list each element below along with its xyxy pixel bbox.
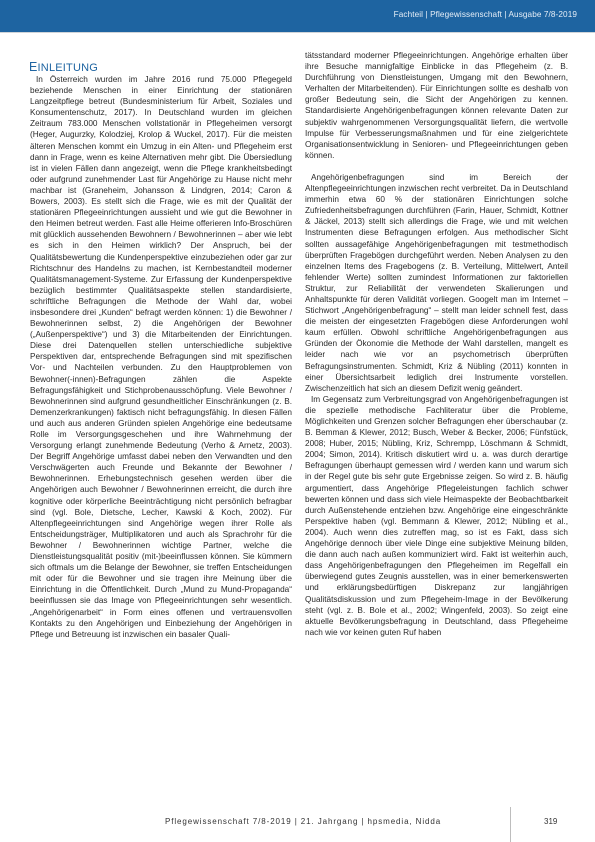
paragraph: Im Gegensatz zum Verbreitungsgrad von An… [305, 394, 568, 638]
page-number: 319 [544, 817, 557, 826]
header-bar: Fachteil | Pflegewissenschaft | Ausgabe … [0, 0, 595, 33]
running-title: Fachteil | Pflegewissenschaft | Ausgabe … [394, 10, 577, 19]
section-heading-rest: INLEITUNG [38, 62, 98, 74]
section-heading-initial: E [29, 60, 38, 74]
paragraph: In Österreich wurden im Jahre 2016 rund … [30, 74, 292, 640]
right-column: tätsstandard moderner Pflegeeinrichtunge… [305, 50, 568, 638]
section-heading: EINLEITUNG [29, 60, 98, 74]
footer-citation: Pflegewissenschaft 7/8-2019 | 21. Jahrga… [165, 817, 441, 826]
left-column: In Österreich wurden im Jahre 2016 rund … [30, 74, 292, 640]
footer-divider [510, 807, 511, 842]
paragraph: Angehörigenbefragungen sind im Bereich d… [305, 172, 568, 394]
paragraph: tätsstandard moderner Pflegeeinrichtunge… [305, 50, 568, 161]
